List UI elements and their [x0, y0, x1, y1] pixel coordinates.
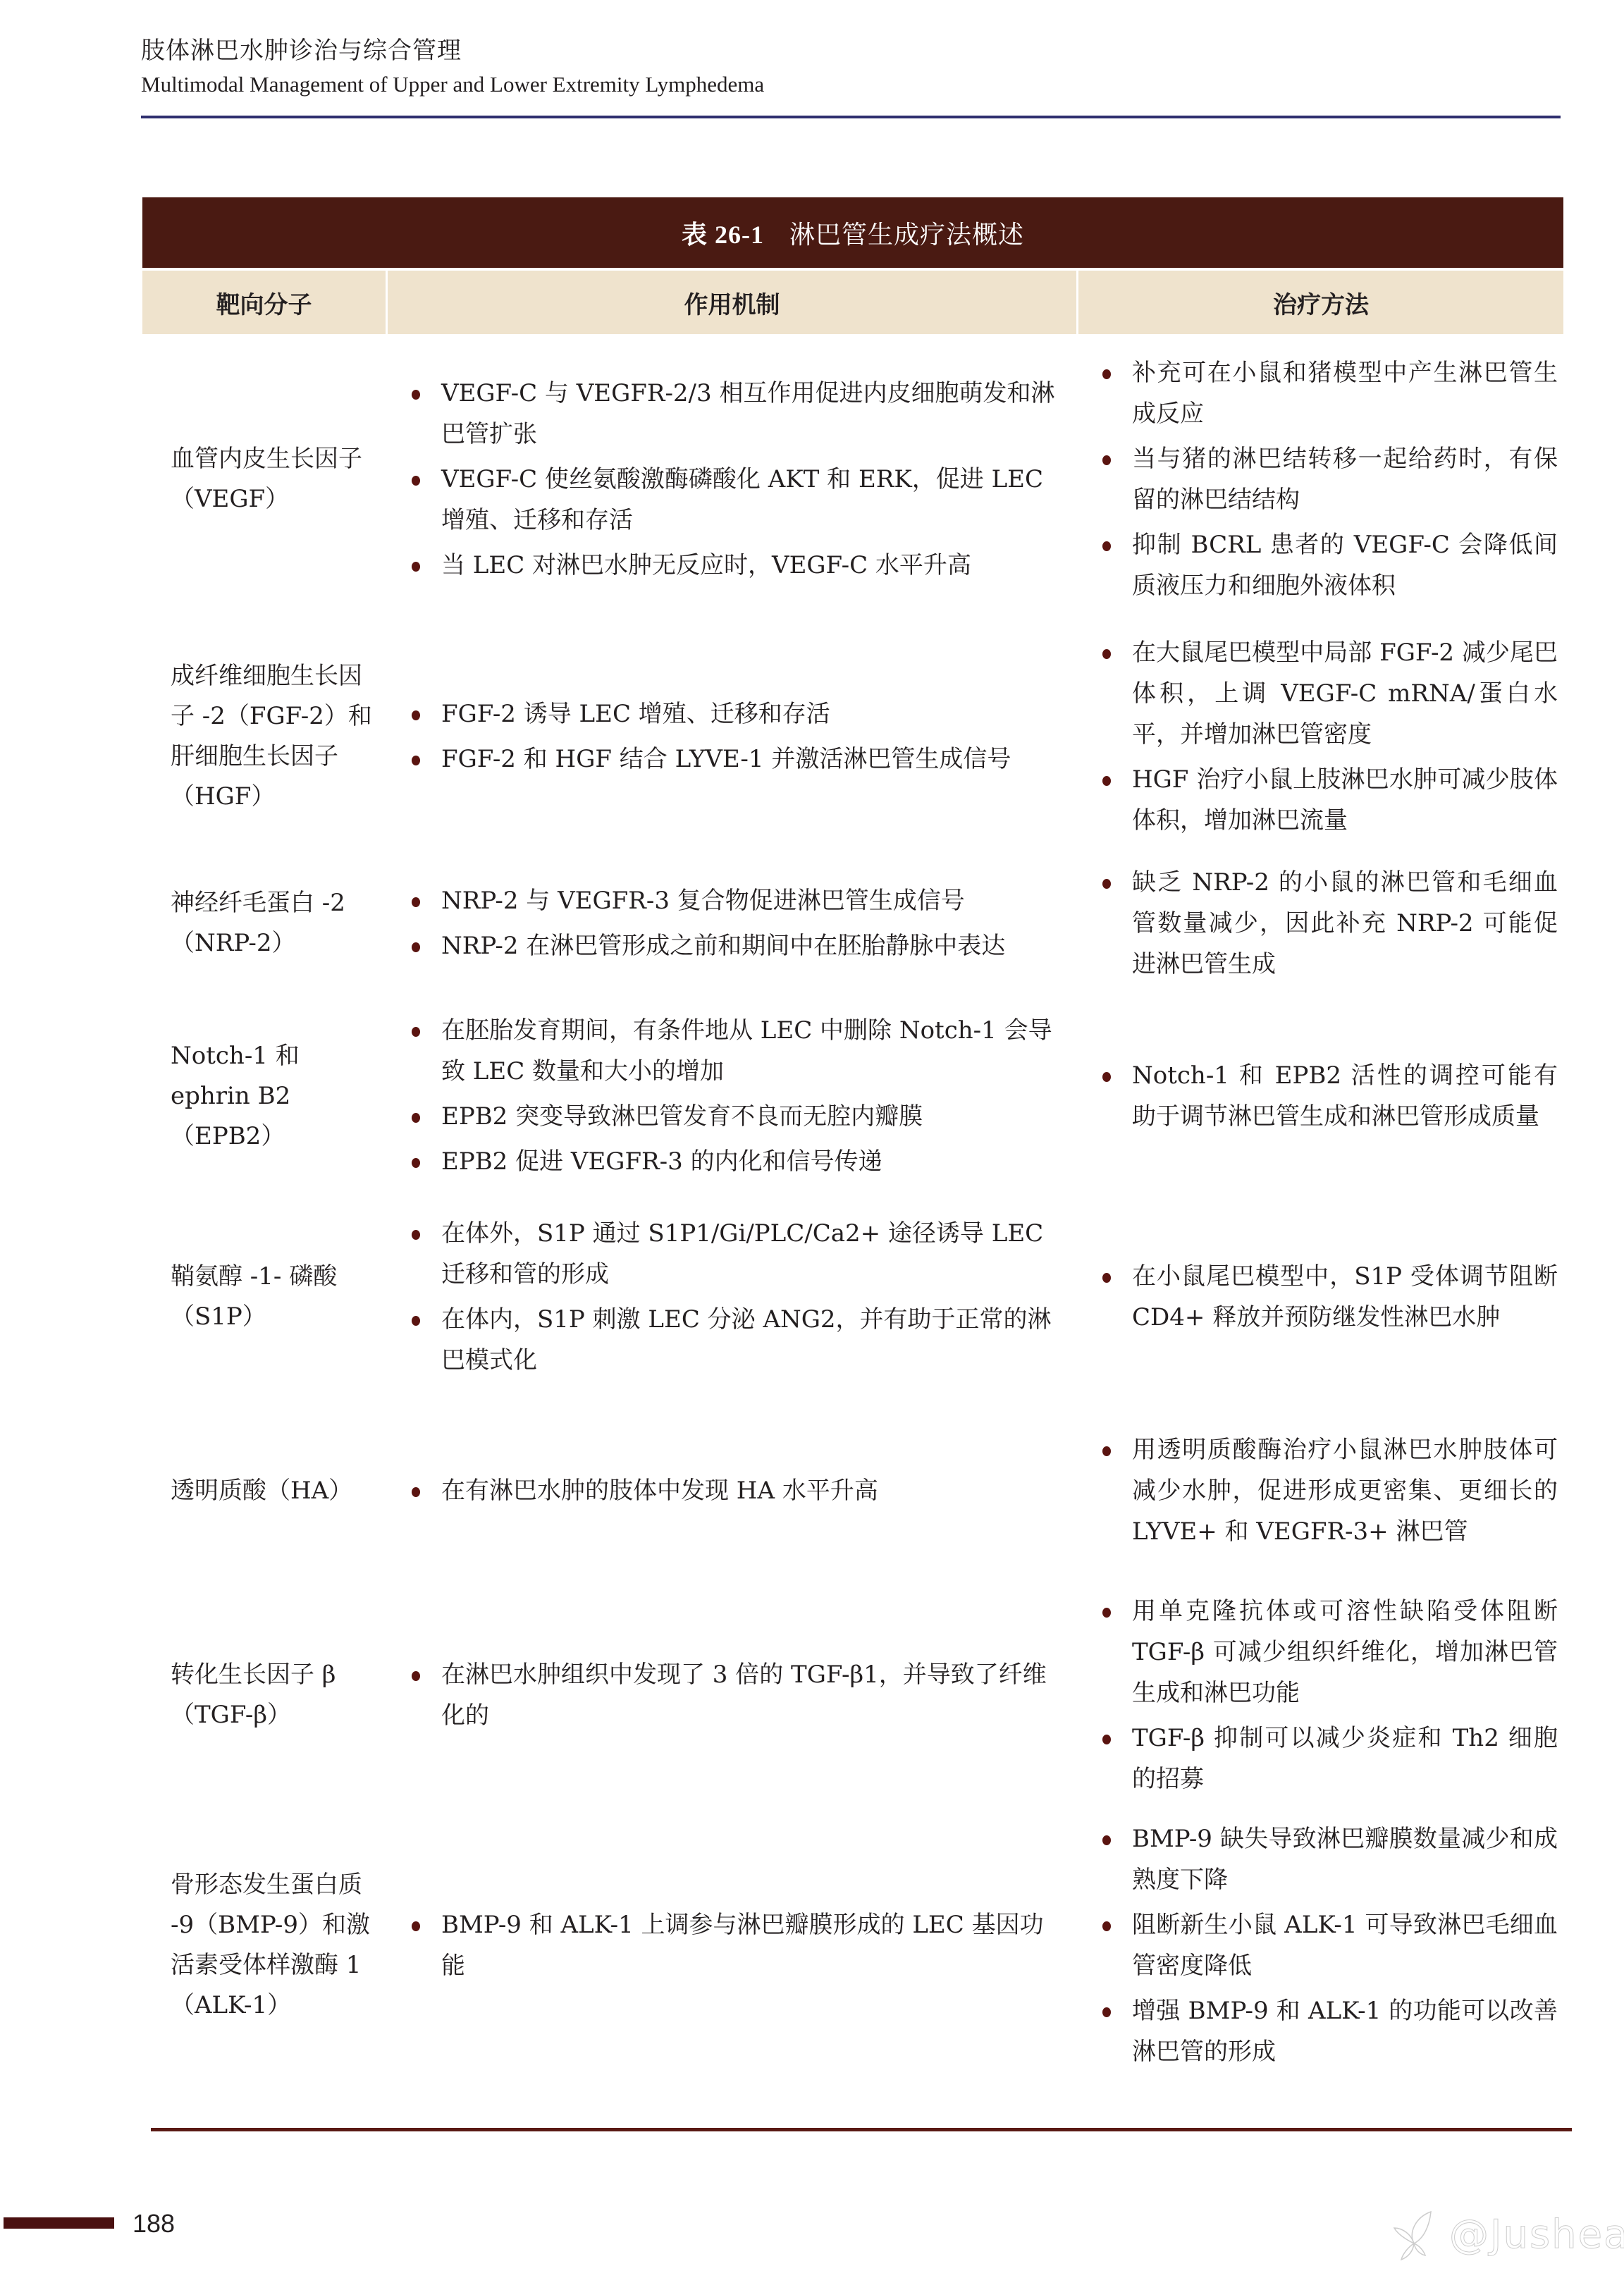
- book-title-cn: 肢体淋巴水肿诊治与综合管理: [141, 34, 764, 68]
- mechanism-cell: 在体外，S1P 通过 S1P1/Gi/PLC/Ca2+ 途径诱导 LEC 迁移和…: [386, 1209, 1077, 1385]
- treatment-item: BMP-9 缺失导致淋巴瓣膜数量减少和成熟度下降: [1098, 1818, 1558, 1900]
- table-caption: 表 26-1 淋巴管生成疗法概述: [142, 197, 1563, 268]
- mechanism-item: NRP-2 在淋巴管形成之前和期间中在胚胎静脉中表达: [407, 925, 1056, 966]
- table-row: 神经纤毛蛋白 -2（NRP-2） NRP-2 与 VEGFR-3 复合物促进淋巴…: [142, 853, 1563, 994]
- table-title: 淋巴管生成疗法概述: [789, 215, 1024, 251]
- mechanism-item: BMP-9 和 ALK-1 上调参与淋巴瓣膜形成的 LEC 基因功能: [407, 1904, 1056, 1986]
- mechanism-item: NRP-2 与 VEGFR-3 复合物促进淋巴管生成信号: [407, 880, 1056, 921]
- mechanism-cell: BMP-9 和 ALK-1 上调参与淋巴瓣膜形成的 LEC 基因功能: [386, 1900, 1077, 1990]
- treatment-item: 当与猪的淋巴结转移一起给药时，有保留的淋巴结结构: [1098, 438, 1558, 520]
- treatment-item: 缺乏 NRP-2 的小鼠的淋巴管和毛细血管数量减少，因此补充 NRP-2 可能促…: [1098, 862, 1558, 985]
- mechanism-cell: NRP-2 与 VEGFR-3 复合物促进淋巴管生成信号 NRP-2 在淋巴管形…: [386, 876, 1077, 971]
- mechanism-item: 在胚胎发育期间，有条件地从 LEC 中删除 Notch-1 会导致 LEC 数量…: [407, 1010, 1056, 1092]
- column-header-mechanism: 作用机制: [388, 271, 1078, 334]
- treatment-cell: 在大鼠尾巴模型中局部 FGF-2 减少尾巴体积，上调 VEGF-C mRNA/蛋…: [1077, 628, 1563, 845]
- treatment-item: Notch-1 和 EPB2 活性的调控可能有助于调节淋巴管生成和淋巴管形成质量: [1098, 1055, 1558, 1137]
- treatment-cell: 用透明质酸酶治疗小鼠淋巴水肿肢体可减少水肿，促进形成更密集、更细长的 LYVE+…: [1077, 1425, 1563, 1556]
- target-molecule: 血管内皮生长因子（VEGF）: [142, 439, 386, 519]
- target-molecule: 骨形态发生蛋白质 -9（BMP-9）和激活素受体样激酶 1（ALK-1）: [142, 1865, 386, 2026]
- mechanism-item: 当 LEC 对淋巴水肿无反应时，VEGF-C 水平升高: [407, 545, 1056, 586]
- treatment-cell: Notch-1 和 EPB2 活性的调控可能有助于调节淋巴管生成和淋巴管形成质量: [1077, 1051, 1563, 1141]
- mechanism-item: FGF-2 诱导 LEC 增殖、迁移和存活: [407, 694, 1056, 734]
- target-molecule: 鞘氨醇 -1- 磷酸（S1P）: [142, 1257, 386, 1337]
- treatment-cell: 在小鼠尾巴模型中，S1P 受体调节阻断 CD4+ 释放并预防继发性淋巴水肿: [1077, 1252, 1563, 1342]
- butterfly-icon: [1387, 2205, 1444, 2264]
- mechanism-cell: 在淋巴水肿组织中发现了 3 倍的 TGF-β1，并导致了纤维化的: [386, 1650, 1077, 1740]
- table-row: 鞘氨醇 -1- 磷酸（S1P） 在体外，S1P 通过 S1P1/Gi/PLC/C…: [142, 1198, 1563, 1396]
- column-header-treatment: 治疗方法: [1078, 271, 1563, 334]
- table-body: 血管内皮生长因子（VEGF） VEGF-C 与 VEGFR-2/3 相互作用促进…: [142, 338, 1563, 2086]
- header-rule: [141, 116, 1561, 118]
- mechanism-item: 在淋巴水肿组织中发现了 3 倍的 TGF-β1，并导致了纤维化的: [407, 1654, 1056, 1736]
- folio-bar: [4, 2217, 114, 2229]
- table-row: 转化生长因子 β（TGF-β） 在淋巴水肿组织中发现了 3 倍的 TGF-β1，…: [142, 1586, 1563, 1804]
- table-number: 表 26-1: [682, 215, 764, 251]
- treatment-cell: BMP-9 缺失导致淋巴瓣膜数量减少和成熟度下降 阻断新生小鼠 ALK-1 可导…: [1077, 1814, 1563, 2076]
- target-molecule: 神经纤毛蛋白 -2（NRP-2）: [142, 883, 386, 963]
- mechanism-cell: 在有淋巴水肿的肢体中发现 HA 水平升高: [386, 1466, 1077, 1515]
- watermark-text: @Jushean: [1449, 2212, 1624, 2258]
- table-row: Notch-1 和 ephrin B2（EPB2） 在胚胎发育期间，有条件地从 …: [142, 994, 1563, 1198]
- watermark: @Jushean: [1387, 2205, 1624, 2264]
- page-number: 188: [133, 2209, 175, 2239]
- treatment-cell: 用单克隆抗体或可溶性缺陷受体阻断 TGF-β 可减少组织纤维化，增加淋巴管生成和…: [1077, 1587, 1563, 1804]
- treatment-item: 在大鼠尾巴模型中局部 FGF-2 减少尾巴体积，上调 VEGF-C mRNA/蛋…: [1098, 632, 1558, 755]
- table-bottom-rule: [151, 2128, 1572, 2131]
- treatment-item: 增强 BMP-9 和 ALK-1 的功能可以改善淋巴管的形成: [1098, 1990, 1558, 2072]
- target-molecule: 透明质酸（HA）: [142, 1471, 386, 1511]
- table-row: 透明质酸（HA） 在有淋巴水肿的肢体中发现 HA 水平升高 用透明质酸酶治疗小鼠…: [142, 1396, 1563, 1586]
- treatment-item: 用单克隆抗体或可溶性缺陷受体阻断 TGF-β 可减少组织纤维化，增加淋巴管生成和…: [1098, 1591, 1558, 1713]
- mechanism-cell: FGF-2 诱导 LEC 增殖、迁移和存活 FGF-2 和 HGF 结合 LYV…: [386, 689, 1077, 784]
- mechanism-item: VEGF-C 使丝氨酸激酶磷酸化 AKT 和 ERK，促进 LEC 增殖、迁移和…: [407, 459, 1056, 541]
- treatment-cell: 缺乏 NRP-2 的小鼠的淋巴管和毛细血管数量减少，因此补充 NRP-2 可能促…: [1077, 858, 1563, 989]
- treatment-item: 抑制 BCRL 患者的 VEGF-C 会降低间质液压力和细胞外液体积: [1098, 524, 1558, 606]
- mechanism-item: EPB2 突变导致淋巴管发育不良而无腔内瓣膜: [407, 1096, 1056, 1137]
- target-molecule: 转化生长因子 β（TGF-β）: [142, 1655, 386, 1735]
- table-row: 成纤维细胞生长因子 -2（FGF-2）和肝细胞生长因子（HGF） FGF-2 诱…: [142, 620, 1563, 853]
- mechanism-item: EPB2 促进 VEGFR-3 的内化和信号传递: [407, 1141, 1056, 1182]
- table-row: 血管内皮生长因子（VEGF） VEGF-C 与 VEGFR-2/3 相互作用促进…: [142, 338, 1563, 620]
- target-molecule: 成纤维细胞生长因子 -2（FGF-2）和肝细胞生长因子（HGF）: [142, 656, 386, 817]
- mechanism-item: 在体外，S1P 通过 S1P1/Gi/PLC/Ca2+ 途径诱导 LEC 迁移和…: [407, 1213, 1056, 1295]
- column-header-target: 靶向分子: [142, 271, 388, 334]
- treatment-item: HGF 治疗小鼠上肢淋巴水肿可减少肢体体积，增加淋巴流量: [1098, 759, 1558, 841]
- mechanism-item: FGF-2 和 HGF 结合 LYVE-1 并激活淋巴管生成信号: [407, 739, 1056, 780]
- treatment-item: 在小鼠尾巴模型中，S1P 受体调节阻断 CD4+ 释放并预防继发性淋巴水肿: [1098, 1256, 1558, 1338]
- mechanism-item: 在有淋巴水肿的肢体中发现 HA 水平升高: [407, 1470, 1056, 1511]
- treatment-item: 补充可在小鼠和猪模型中产生淋巴管生成反应: [1098, 352, 1558, 434]
- treatment-item: 阻断新生小鼠 ALK-1 可导致淋巴毛细血管密度降低: [1098, 1904, 1558, 1986]
- treatment-item: 用透明质酸酶治疗小鼠淋巴水肿肢体可减少水肿，促进形成更密集、更细长的 LYVE+…: [1098, 1429, 1558, 1552]
- book-title-en: Multimodal Management of Upper and Lower…: [141, 69, 764, 100]
- mechanism-cell: VEGF-C 与 VEGFR-2/3 相互作用促进内皮细胞萌发和淋巴管扩张 VE…: [386, 369, 1077, 590]
- table-header-block: 表 26-1 淋巴管生成疗法概述 靶向分子 作用机制 治疗方法: [142, 197, 1563, 334]
- treatment-cell: 补充可在小鼠和猪模型中产生淋巴管生成反应 当与猪的淋巴结转移一起给药时，有保留的…: [1077, 348, 1563, 610]
- treatment-item: TGF-β 抑制可以减少炎症和 Th2 细胞的招募: [1098, 1718, 1558, 1799]
- table-row: 骨形态发生蛋白质 -9（BMP-9）和激活素受体样激酶 1（ALK-1） BMP…: [142, 1804, 1563, 2086]
- mechanism-cell: 在胚胎发育期间，有条件地从 LEC 中删除 Notch-1 会导致 LEC 数量…: [386, 1006, 1077, 1186]
- mechanism-item: VEGF-C 与 VEGFR-2/3 相互作用促进内皮细胞萌发和淋巴管扩张: [407, 373, 1056, 455]
- running-head: 肢体淋巴水肿诊治与综合管理 Multimodal Management of U…: [141, 34, 764, 100]
- column-headers: 靶向分子 作用机制 治疗方法: [142, 271, 1563, 334]
- mechanism-item: 在体内，S1P 刺激 LEC 分泌 ANG2，并有助于正常的淋巴模式化: [407, 1299, 1056, 1381]
- target-molecule: Notch-1 和 ephrin B2（EPB2）: [142, 1036, 386, 1157]
